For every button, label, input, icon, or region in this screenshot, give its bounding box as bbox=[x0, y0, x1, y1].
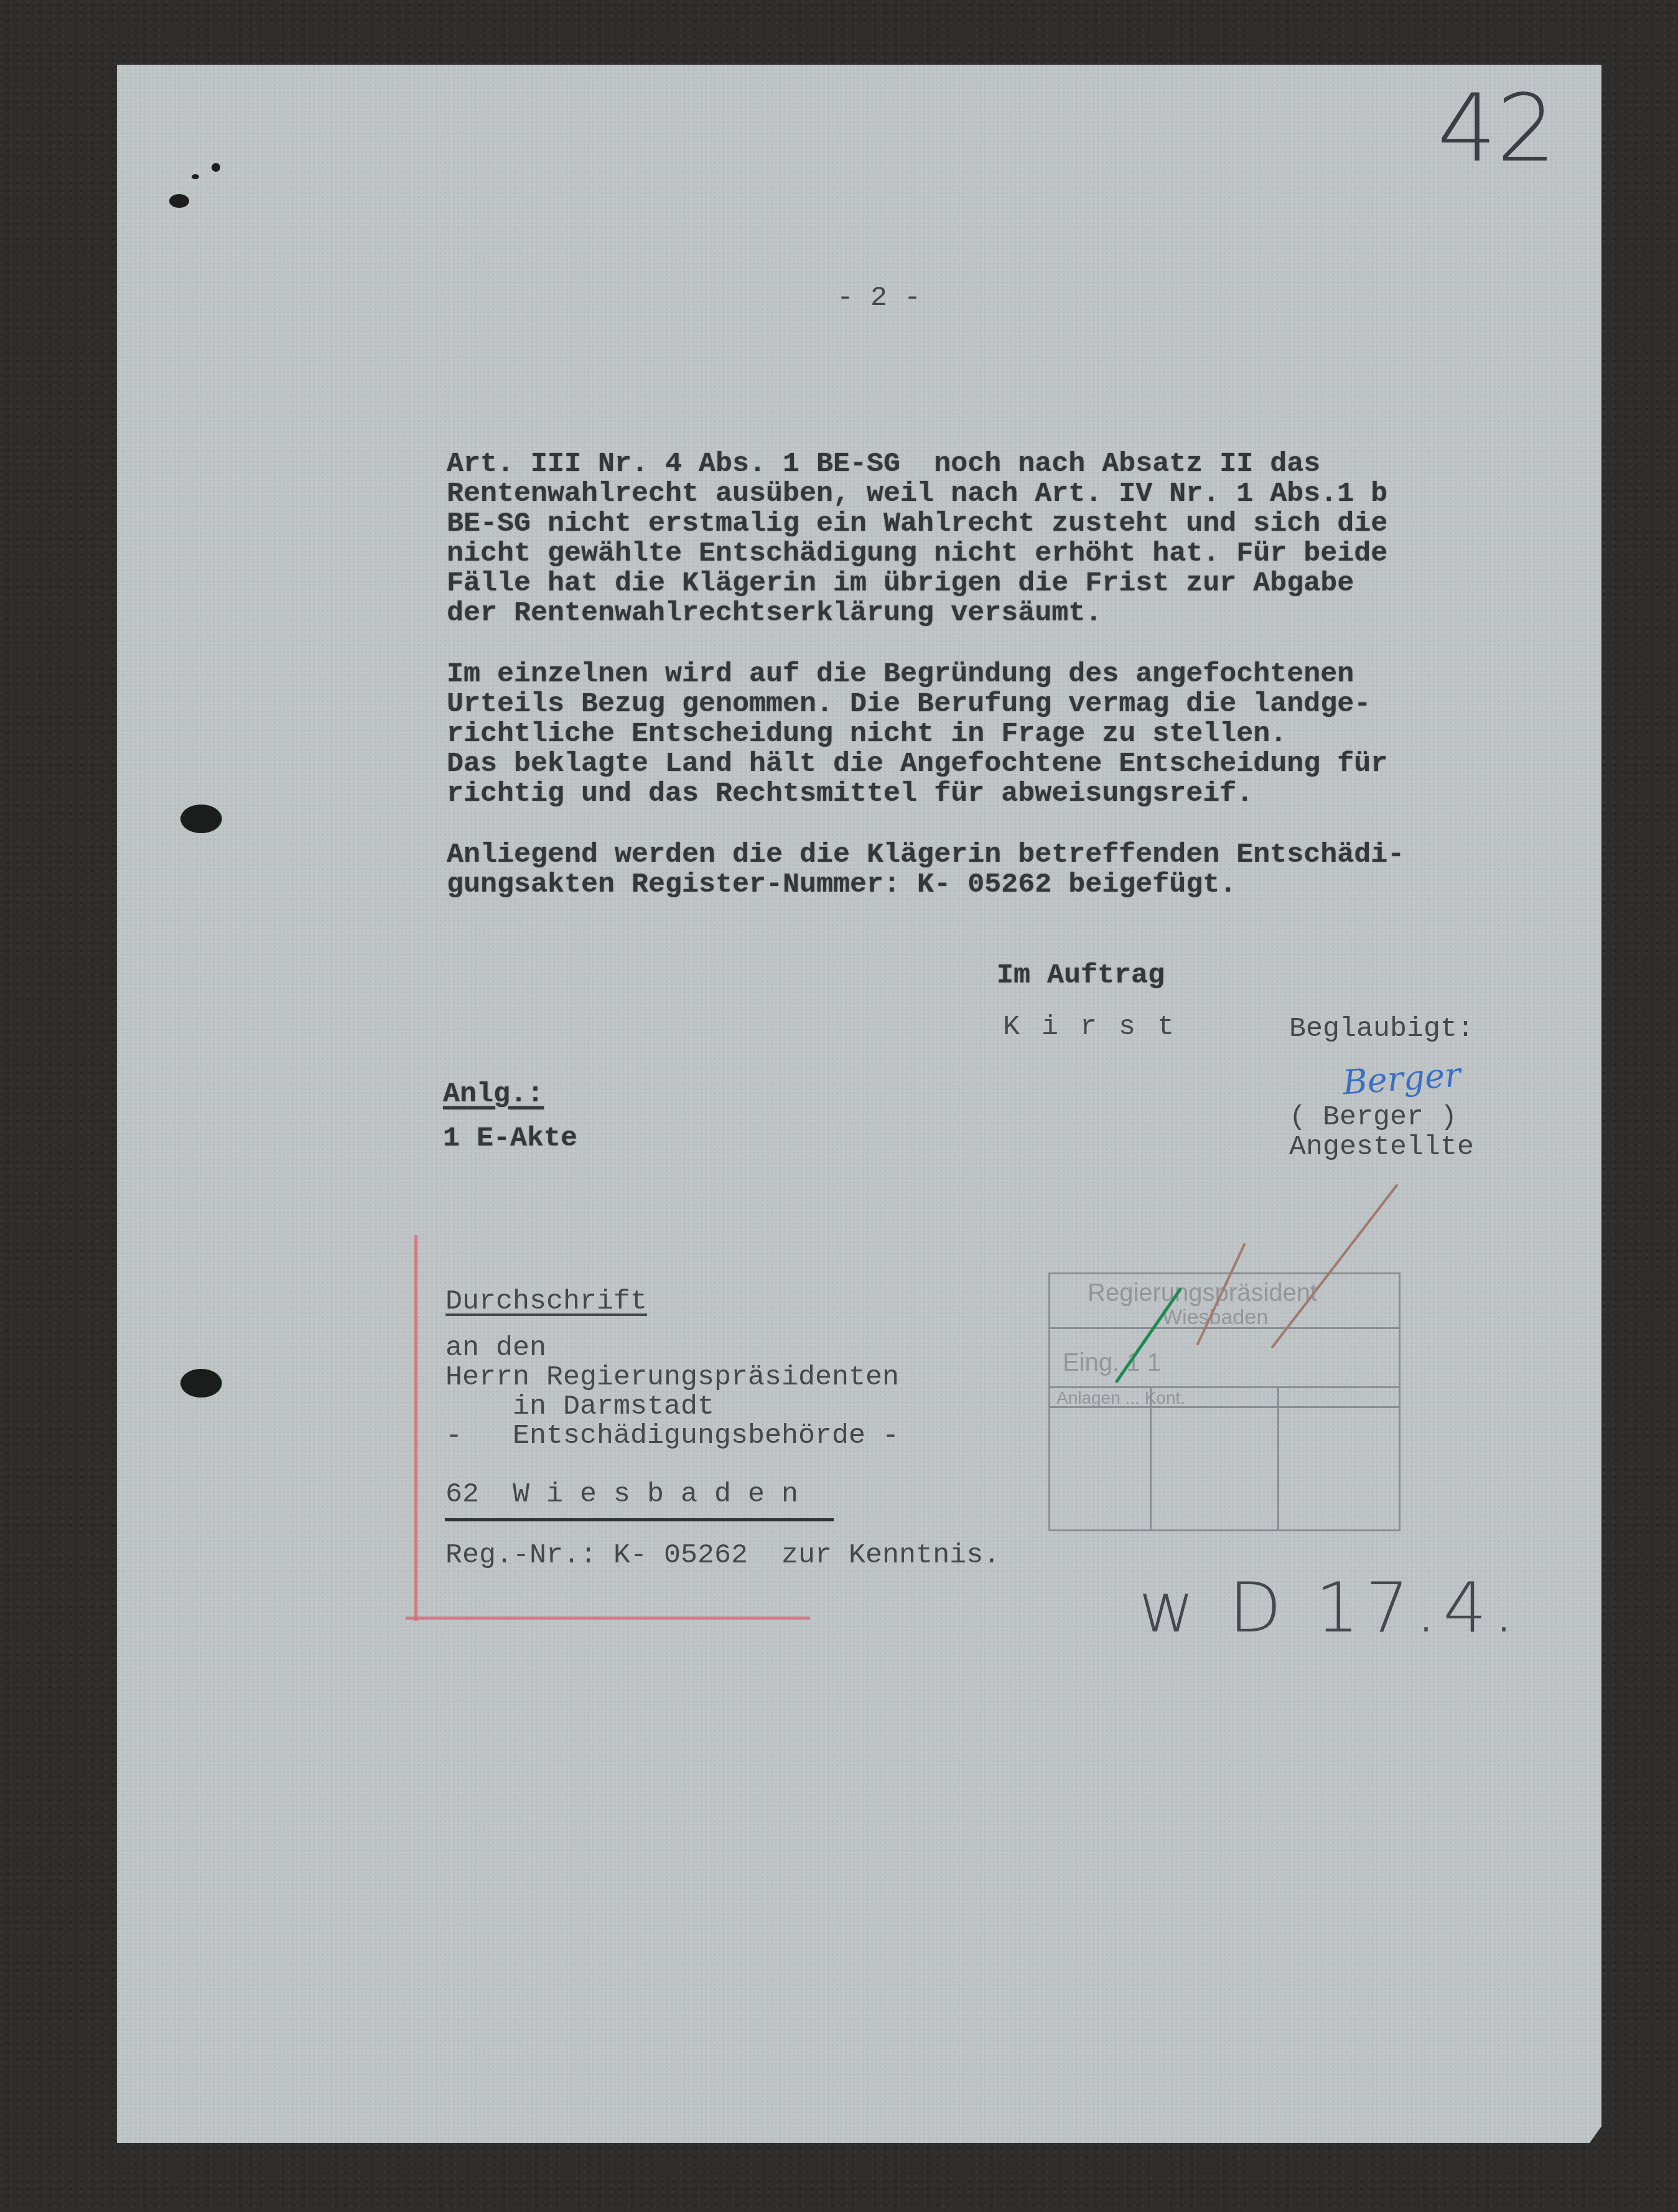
green-check-stroke bbox=[1117, 1289, 1180, 1381]
brown-check-stroke bbox=[1198, 1244, 1244, 1344]
brown-diagonal bbox=[1272, 1185, 1397, 1347]
pencil-strokes bbox=[0, 0, 1678, 2212]
handwritten-note: w D 17.4. bbox=[1139, 1568, 1521, 1648]
